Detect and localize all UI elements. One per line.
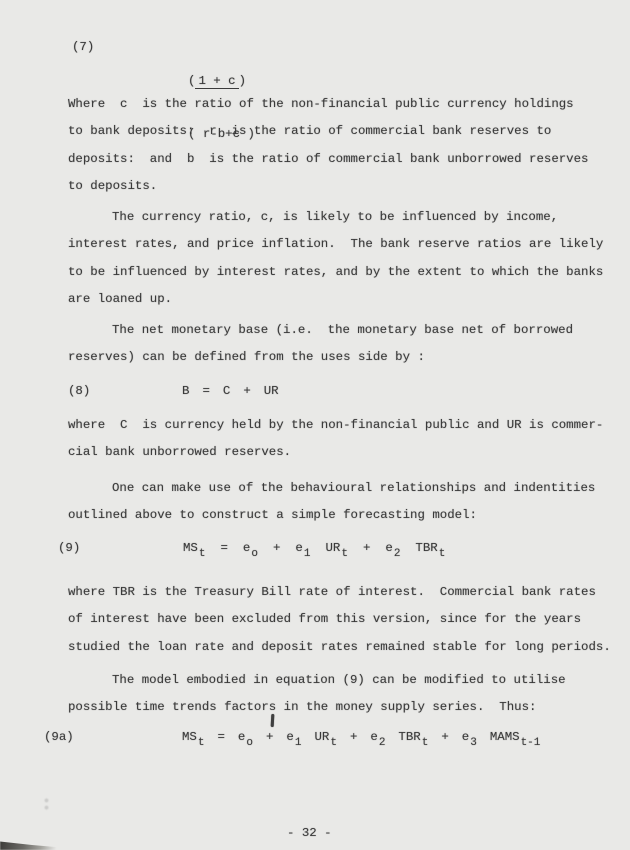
corner-scan-smudge [0, 840, 64, 850]
margin-smudge-artifact [44, 798, 49, 810]
paragraph-model-modified: The model embodied in equation (9) can b… [68, 667, 566, 722]
text-line: to bank deposits: r is the ratio of comm… [68, 118, 589, 145]
equation-7-label: (7) [72, 40, 94, 54]
equation-term: e1 [286, 730, 301, 744]
equation-9a-label: (9a) [44, 730, 74, 744]
paren-close: ) [239, 74, 246, 88]
paragraph-net-monetary-base: The net monetary base (i.e. the monetary… [68, 317, 573, 372]
equation-term: C [223, 384, 230, 398]
text-line: Where c is the ratio of the non-financia… [68, 91, 589, 118]
equation-term: UR [264, 384, 279, 398]
document-page: (7) (1 + c) ( r-b+c ) Where c is the rat… [0, 0, 630, 850]
equation-term: + [266, 730, 273, 744]
equation-term: = [202, 384, 209, 398]
equation-term: TBRt [415, 541, 445, 555]
equation-term: = [217, 730, 224, 744]
equation-term: + [363, 541, 370, 555]
equation-term: e2 [370, 730, 385, 744]
text-line: are loaned up. [68, 286, 603, 313]
equation-term: B [182, 384, 189, 398]
equation-term: e1 [295, 541, 310, 555]
equation-term: + [350, 730, 357, 744]
text-line: of interest have been excluded from this… [68, 606, 611, 633]
paragraph-where-c: Where c is the ratio of the non-financia… [68, 91, 589, 200]
text-line: to deposits. [68, 173, 589, 200]
text-line: One can make use of the behavioural rela… [68, 475, 595, 502]
text-line: The currency ratio, c, is likely to be i… [68, 204, 603, 231]
equation-term: MSt [183, 541, 205, 555]
equation-term: = [220, 541, 227, 555]
page-number: - 32 - [287, 826, 332, 840]
equation-term: URt [325, 541, 347, 555]
equation-8-label: (8) [68, 384, 90, 398]
text-line: outlined above to construct a simple for… [68, 502, 595, 529]
text-line: The model embodied in equation (9) can b… [68, 667, 566, 694]
equation-term: MAMSt-1 [490, 730, 541, 744]
text-line: The net monetary base (i.e. the monetary… [68, 317, 573, 344]
paragraph-where-C: where C is currency held by the non-fina… [68, 412, 603, 467]
text-line: where C is currency held by the non-fina… [68, 412, 603, 439]
equation-9-body: MSt=eo+e1URt+e2TBRt [183, 541, 460, 555]
equation-term: TBRt [398, 730, 428, 744]
paragraph-behavioural: One can make use of the behavioural rela… [68, 475, 595, 530]
text-line: cial bank unborrowed reserves. [68, 439, 603, 466]
equation-term: MSt [182, 730, 204, 744]
equation-8-body: B=C+UR [182, 384, 292, 398]
paragraph-currency-ratio: The currency ratio, c, is likely to be i… [68, 204, 603, 313]
equation-term: eo [243, 541, 258, 555]
text-line: reserves) can be defined from the uses s… [68, 344, 573, 371]
equation-term: URt [314, 730, 336, 744]
text-line: to be influenced by interest rates, and … [68, 259, 603, 286]
stray-ink-mark [271, 714, 274, 727]
fraction-bar-numerator: 1 + c [195, 74, 238, 89]
text-line: interest rates, and price inflation. The… [68, 231, 603, 258]
equation-term: e2 [385, 541, 400, 555]
text-line: possible time trends factors in the mone… [68, 694, 566, 721]
text-line: deposits: and b is the ratio of commerci… [68, 146, 589, 173]
paragraph-tbr: where TBR is the Treasury Bill rate of i… [68, 579, 611, 661]
equation-term: + [441, 730, 448, 744]
text-line: where TBR is the Treasury Bill rate of i… [68, 579, 611, 606]
equation-term: + [243, 384, 250, 398]
text-line: studied the loan rate and deposit rates … [68, 634, 611, 661]
equation-term: e3 [462, 730, 477, 744]
equation-term: eo [238, 730, 253, 744]
equation-9-label: (9) [58, 541, 80, 555]
equation-7-numerator: (1 + c) [188, 73, 255, 91]
equation-9a-body: MSt=eo+e1URt+e2TBRt+e3MAMSt-1 [182, 730, 553, 744]
equation-term: + [273, 541, 280, 555]
